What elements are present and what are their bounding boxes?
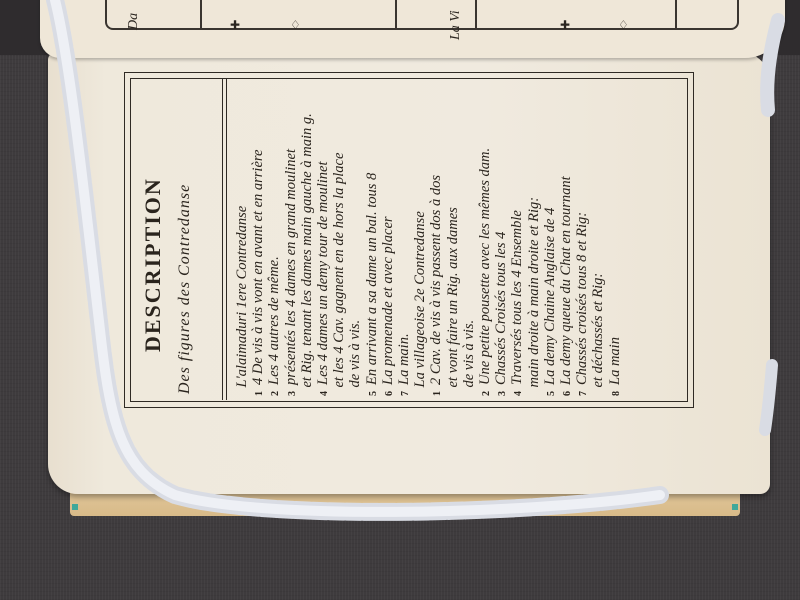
entry-text: La main xyxy=(607,337,623,385)
entry-text: 2 Cav. de vis à vis passent dos à dos xyxy=(428,175,444,385)
entry-text: de vis à vis. xyxy=(347,320,363,388)
entry-number: 6 xyxy=(384,391,395,396)
entry-number: 8 xyxy=(611,391,622,396)
entry-text: La promenade et avec placer xyxy=(380,216,396,385)
entry-line: 2Les 4 autres de même. xyxy=(266,256,283,396)
entry-text: L'alaimaduri 1ere Contredanse xyxy=(234,206,250,388)
entry-text: et déchassés et Rig: xyxy=(590,273,606,388)
entry-number xyxy=(530,394,541,397)
entry-number: 3 xyxy=(497,391,508,396)
entry-text: Les 4 dames un demy tour de moulinet xyxy=(315,161,331,385)
entry-line: 3présentés les 4 dames en grand moulinet xyxy=(283,149,300,396)
dancer-cross-icon: ✚ xyxy=(560,18,570,33)
entry-number: 5 xyxy=(546,391,557,396)
entry-line: et déchassés et Rig: xyxy=(590,273,607,396)
entry-number xyxy=(238,394,249,397)
entry-line: 7La main. xyxy=(396,333,413,396)
entry-line: 2Une petite pousette avec les mêmes dam. xyxy=(477,148,494,396)
entry-text: La villageoise 2e Contredanse xyxy=(412,211,428,387)
title-rule xyxy=(226,78,227,400)
entry-line: La villageoise 2e Contredanse xyxy=(412,211,429,396)
entry-line: 3Chassés Croisés tous les 4 xyxy=(493,232,510,396)
edge-stripe xyxy=(72,504,78,510)
entry-text: Traversés tous les 4 Ensemble xyxy=(509,210,525,385)
facing-divider xyxy=(475,0,477,28)
facing-divider xyxy=(200,0,202,28)
entry-text: Une petite pousette avec les mêmes dam. xyxy=(477,148,493,385)
entry-text: Les 4 autres de même. xyxy=(266,256,282,385)
entry-line: 7Chassés croisés tous 8 et Rig: xyxy=(574,212,591,396)
entry-line: 5En arrivant a sa dame un bal. tous 8 xyxy=(364,173,381,396)
dancer-diamond-icon: ♢ xyxy=(290,18,301,33)
entry-text: présentés les 4 dames en grand moulinet xyxy=(283,149,299,385)
entry-number: 3 xyxy=(287,391,298,396)
entry-number: 2 xyxy=(270,391,281,396)
entry-text: de vis à vis. xyxy=(461,320,477,388)
entry-number: 7 xyxy=(578,391,589,396)
entry-line: 14 De vis à vis vont en avant et en arri… xyxy=(250,150,267,396)
facing-label: La Vi xyxy=(448,10,464,40)
entry-number: 2 xyxy=(481,391,492,396)
entry-number xyxy=(303,394,314,397)
entry-number xyxy=(465,394,476,397)
entry-text: et Rig. tenant les dames main gauche à m… xyxy=(299,113,315,387)
entry-text: et les 4 Cav. gagnent en de hors la plac… xyxy=(331,153,347,388)
entry-number xyxy=(351,394,362,397)
entry-line: 12 Cav. de vis à vis passent dos à dos xyxy=(428,175,445,396)
entry-number: 4 xyxy=(319,391,330,396)
entry-number: 7 xyxy=(400,391,411,396)
facing-label: Da xyxy=(126,13,142,30)
entry-number xyxy=(335,394,346,397)
entry-line: 5La demy Chaine Anglaise de 4 xyxy=(542,208,559,396)
entry-line: de vis à vis. xyxy=(461,320,478,396)
entry-number: 5 xyxy=(368,391,379,396)
entry-number xyxy=(594,394,605,397)
entry-line: 6La demy queue du Chat en tournant xyxy=(558,176,575,396)
entry-number xyxy=(416,394,427,397)
entry-text: La demy queue du Chat en tournant xyxy=(558,176,574,385)
edge-stripe xyxy=(732,504,738,510)
entry-line: de vis à vis. xyxy=(347,320,364,396)
entry-text: main droite à main droite et Rig: xyxy=(526,197,542,388)
entry-line: et vont faire un Rig. aux dames xyxy=(445,207,462,396)
entry-number: 6 xyxy=(562,391,573,396)
dancer-cross-icon: ✚ xyxy=(230,18,240,33)
entry-number: 1 xyxy=(432,391,443,396)
entry-line: 8La main xyxy=(607,337,624,396)
entry-text: et vont faire un Rig. aux dames xyxy=(445,207,461,387)
entry-text: La demy Chaine Anglaise de 4 xyxy=(542,208,558,385)
entry-text: En arrivant a sa dame un bal. tous 8 xyxy=(364,173,380,385)
entry-text: Chassés croisés tous 8 et Rig: xyxy=(574,212,590,385)
entry-line: et les 4 Cav. gagnent en de hors la plac… xyxy=(331,153,348,396)
entry-number: 4 xyxy=(513,391,524,396)
title-rule xyxy=(222,78,223,400)
entry-line: 4Traversés tous les 4 Ensemble xyxy=(509,210,526,396)
entry-line: 4Les 4 dames un demy tour de moulinet xyxy=(315,161,332,396)
entry-line: et Rig. tenant les dames main gauche à m… xyxy=(299,113,316,396)
entry-text: Chassés Croisés tous les 4 xyxy=(493,232,509,385)
entry-text: La main. xyxy=(396,333,412,385)
entry-number xyxy=(449,394,460,397)
dancer-diamond-icon: ♢ xyxy=(618,18,629,33)
facing-divider xyxy=(675,0,677,28)
page-subtitle: Des figures des Contredanse xyxy=(176,184,194,394)
facing-divider xyxy=(395,0,397,28)
entry-number: 1 xyxy=(254,391,265,396)
page-title: DESCRIPTION xyxy=(140,177,166,352)
entry-line: L'alaimaduri 1ere Contredanse xyxy=(234,206,251,396)
facing-page: Da La Vi ✚ ♢ ✚ ♢ xyxy=(40,0,785,58)
entry-line: main droite à main droite et Rig: xyxy=(526,197,543,396)
entry-text: 4 De vis à vis vont en avant et en arriè… xyxy=(250,150,266,385)
entry-line: 6La promenade et avec placer xyxy=(380,216,397,396)
